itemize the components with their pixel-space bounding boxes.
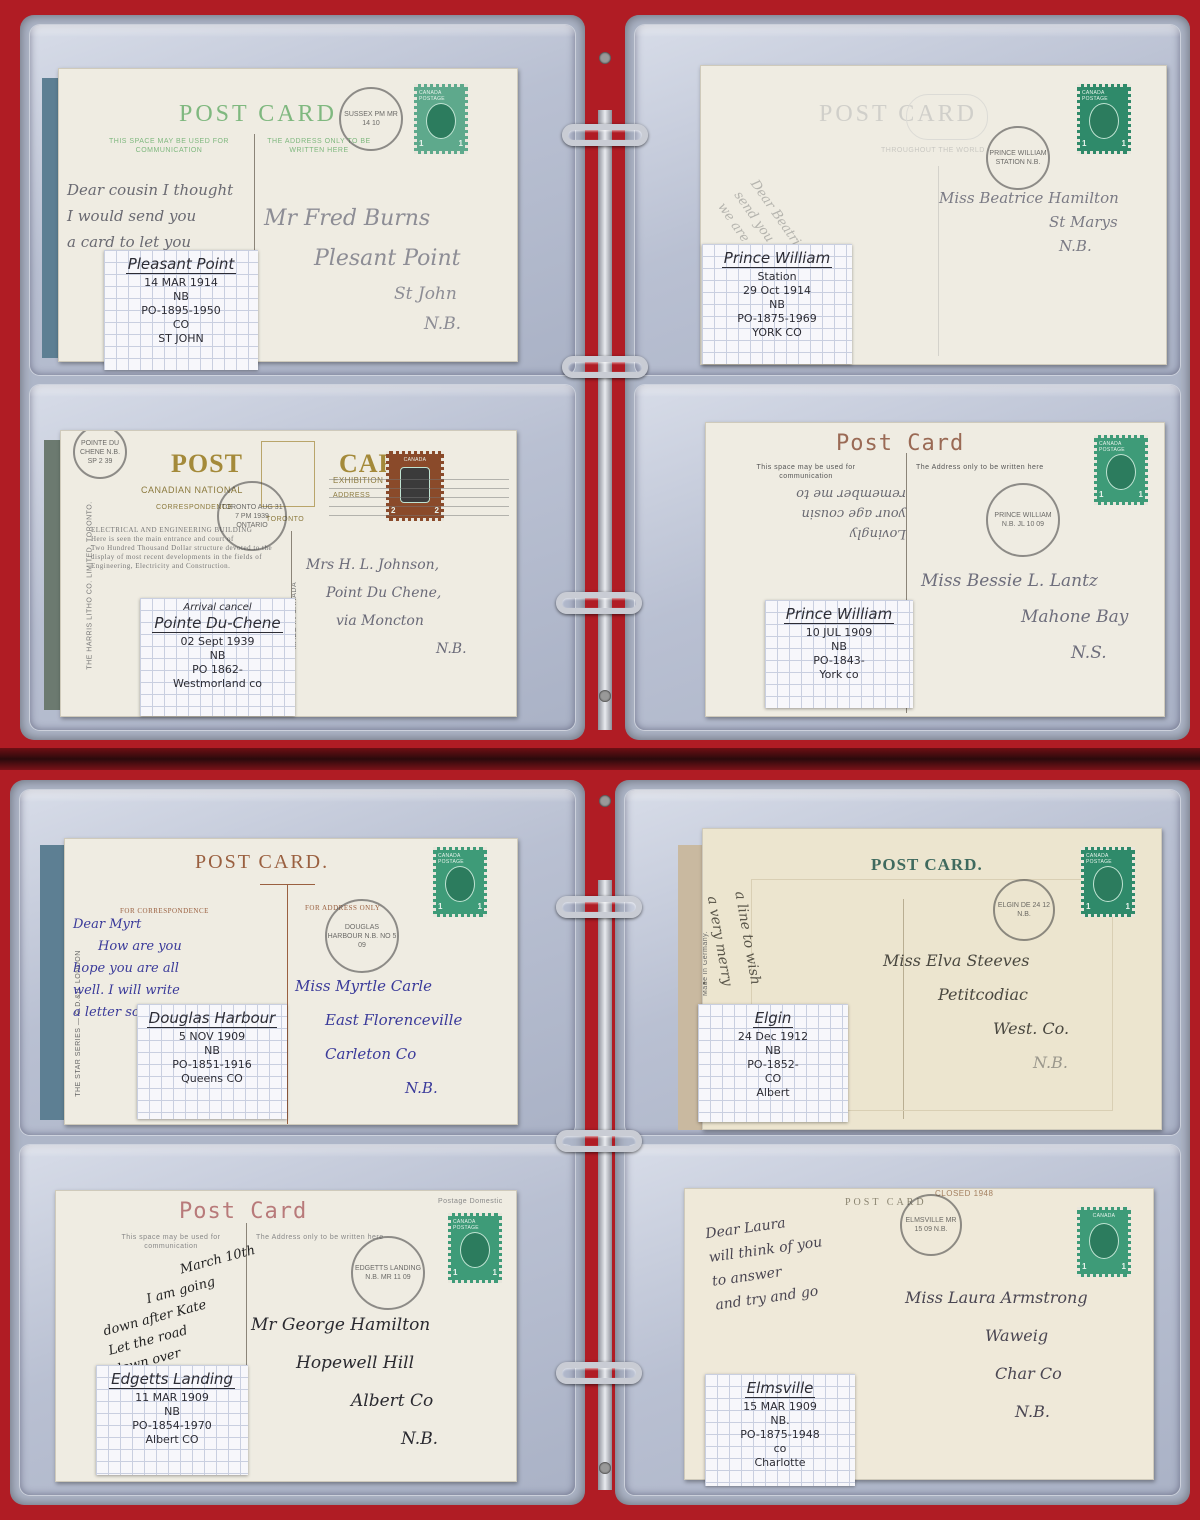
- ring-mechanism: [598, 110, 612, 730]
- label-county: Albert CO: [99, 1433, 245, 1447]
- label-town-name: Pleasant Point: [126, 255, 237, 274]
- stamp: CANADA POSTAGE 11: [1077, 84, 1131, 154]
- stamp-portrait-icon: [426, 103, 456, 139]
- binder-ring[interactable]: [556, 896, 642, 918]
- postcard-douglas-harbour[interactable]: POST CARD. FOR CORRESPONDENCE FOR ADDRES…: [64, 838, 518, 1125]
- label-province: NB: [705, 298, 849, 312]
- card-title: POST CARD.: [871, 855, 983, 875]
- label-po-dates: PO-1852-: [701, 1058, 845, 1072]
- label-county-abbr: CO: [107, 318, 255, 332]
- label-po-dates: PO-1854-1970: [99, 1419, 245, 1433]
- handwritten-label: Pleasant Point 14 MAR 1914 NB PO-1895-19…: [104, 250, 258, 370]
- card-edge-behind: [40, 845, 65, 1120]
- globe-emblem-icon: [906, 94, 988, 140]
- card-left-caption: This space may be used for communication: [106, 1233, 236, 1251]
- postmark: DOUGLAS HARBOUR N.B. NO 5 09: [325, 899, 399, 973]
- card-title: POST: [171, 449, 243, 479]
- label-county: York co: [768, 668, 910, 682]
- stamp-value: 11: [419, 139, 463, 148]
- stamp-portrait-icon: [1093, 866, 1123, 902]
- divider-cap: [260, 884, 315, 885]
- label-date: 10 JUL 1909: [768, 626, 910, 640]
- label-po-dates: PO-1851-1916: [140, 1058, 284, 1072]
- publisher-text: THE HARRIS LITHO CO. LIMITED, TORONTO.: [86, 501, 95, 669]
- label-po-dates: PO 1862-: [143, 663, 292, 677]
- handwritten-label: Prince William 10 JUL 1909 NB PO-1843- Y…: [765, 600, 913, 708]
- stamp-portrait-icon: [1089, 1223, 1119, 1259]
- label-county: ST JOHN: [107, 332, 255, 346]
- card-address: Mrs H. L. Johnson, Point Du Chene, via M…: [306, 551, 467, 663]
- label-po-dates: PO-1875-1948: [708, 1428, 852, 1442]
- postmark-arrival: POINTE DU CHENE N.B. SP 2 39: [73, 430, 127, 479]
- label-county-abbr: co: [708, 1442, 852, 1456]
- binder-rivet: [599, 52, 611, 64]
- label-town-name: Elmsville: [745, 1379, 816, 1398]
- binder-ring[interactable]: [562, 356, 648, 378]
- handwritten-label: Edgetts Landing 11 MAR 1909 NB PO-1854-1…: [96, 1365, 248, 1475]
- card-title: POST CARD: [179, 101, 337, 128]
- label-county: YORK CO: [705, 326, 849, 340]
- card-message: Dear Laurawill think of youto answerand …: [704, 1207, 831, 1318]
- binder-rivet: [599, 795, 611, 807]
- label-date: 5 NOV 1909: [140, 1030, 284, 1044]
- card-address: Miss Myrtle Carle East Florenceville Car…: [295, 969, 462, 1105]
- card-message: Dear cousin I thoughtI would send youa c…: [67, 177, 233, 255]
- label-province: NB: [99, 1405, 245, 1419]
- label-date: 29 Oct 1914: [705, 284, 849, 298]
- binder-ring[interactable]: [556, 1362, 642, 1384]
- card-title: POST CARD.: [195, 851, 329, 874]
- card-right-caption: The Address only to be written here: [916, 463, 1044, 472]
- binder-ring[interactable]: [556, 1130, 642, 1152]
- stamp: CANADA 11: [1077, 1207, 1131, 1277]
- stamp: CANADA POSTAGE 11: [1081, 847, 1135, 917]
- card-left-caption: THIS SPACE MAY BE USED FOR COMMUNICATION: [99, 137, 239, 155]
- label-date: 15 MAR 1909: [708, 1400, 852, 1414]
- label-town-name: Douglas Harbour: [147, 1009, 278, 1028]
- label-province: NB: [768, 640, 910, 654]
- label-county: Queens CO: [140, 1072, 284, 1086]
- label-date: 02 Sept 1939: [143, 635, 292, 649]
- postmark: SUSSEX PM MR 14 10: [339, 87, 403, 151]
- card-left-caption: This space may be used for communication: [736, 463, 876, 481]
- label-county: Charlotte: [708, 1456, 852, 1470]
- label-province: NB.: [708, 1414, 852, 1428]
- stamp-portrait-icon: [460, 1232, 490, 1268]
- label-county: Westmorland co: [143, 677, 292, 691]
- stamp-portrait-icon: [445, 866, 475, 902]
- stamp-portrait-icon: [1089, 103, 1119, 139]
- card-divider: [287, 884, 288, 1124]
- card-message: Lovinglyyour age cousinremember me to: [796, 483, 906, 543]
- card-address: Miss Beatrice Hamilton St Marys N.B.: [939, 186, 1119, 258]
- stamp: CANADA POSTAGE 11: [414, 84, 468, 154]
- label-province: NB: [701, 1044, 845, 1058]
- handwritten-label: Douglas Harbour 5 NOV 1909 NB PO-1851-19…: [137, 1004, 287, 1119]
- machine-cancel-lines: [329, 479, 509, 519]
- postmark: EDGETTS LANDING N.B. MR 11 09: [351, 1236, 425, 1310]
- card-address: Miss Elva Steeves Petitcodiac West. Co. …: [883, 944, 1069, 1080]
- label-town-name: Prince William: [784, 605, 894, 624]
- label-town-suffix: Station: [705, 270, 849, 284]
- binder-ring[interactable]: [562, 124, 648, 146]
- binder-spine: [0, 748, 1200, 770]
- label-date: 24 Dec 1912: [701, 1030, 845, 1044]
- stamp: CANADA POSTAGE 11: [448, 1213, 502, 1283]
- label-town-name: Edgetts Landing: [109, 1370, 235, 1389]
- postmark: ELGIN DE 24 12 N.B.: [993, 879, 1055, 941]
- postmark: PRINCE WILLIAM N.B. JL 10 09: [986, 483, 1060, 557]
- label-province: NB: [107, 290, 255, 304]
- label-town-name: Prince William: [722, 249, 832, 268]
- label-county: Albert: [701, 1086, 845, 1100]
- binder-rivet: [599, 690, 611, 702]
- label-province: NB: [140, 1044, 284, 1058]
- stamp: CANADA POSTAGE 11: [1094, 435, 1148, 505]
- card-address: Mr Fred Burns Plesant Point St John N.B.: [264, 199, 461, 339]
- postmark: ELMSVILLE MR 15 09 N.B.: [900, 1194, 962, 1256]
- stamp-country: CANADA POSTAGE: [419, 90, 463, 102]
- label-town-name: Pointe Du-Chene: [152, 614, 282, 633]
- card-address: Mr George Hamilton Hopewell Hill Albert …: [251, 1306, 438, 1458]
- handwritten-label: Arrival cancel Pointe Du-Chene 02 Sept 1…: [140, 598, 295, 716]
- label-county-abbr: CO: [701, 1072, 845, 1086]
- label-po-dates: PO-1875-1969: [705, 312, 849, 326]
- ring-mechanism: [598, 880, 612, 1490]
- label-town-name: Elgin: [753, 1009, 794, 1028]
- stamp-box-text: Postage Domestic: [438, 1197, 503, 1206]
- card-title: Post Card: [836, 431, 964, 456]
- label-province: NB: [143, 649, 292, 663]
- handwritten-label: Elgin 24 Dec 1912 NB PO-1852- CO Albert: [698, 1004, 848, 1122]
- card-address: Miss Laura Armstrong Waweig Char Co N.B.: [905, 1279, 1088, 1431]
- postmark: PRINCE WILLIAM STATION N.B.: [986, 126, 1050, 190]
- handwritten-label: Prince William Station 29 Oct 1914 NB PO…: [702, 244, 852, 364]
- card-caption: THROUGHOUT THE WORLD: [881, 146, 985, 155]
- postmark: TORONTO AUG 31 7 PM 1939 ONTARIO: [217, 481, 287, 551]
- label-note: Arrival cancel: [143, 602, 292, 613]
- card-right-caption: The Address only to be written here: [256, 1233, 384, 1242]
- stamp-portrait-icon: [1106, 454, 1136, 490]
- label-date: 11 MAR 1909: [99, 1391, 245, 1405]
- label-po-dates: PO-1843-: [768, 654, 910, 668]
- card-address: Miss Bessie L. Lantz Mahone Bay N.S.: [921, 563, 1128, 671]
- binder-rivet: [599, 1462, 611, 1474]
- card-title: Post Card: [179, 1199, 307, 1224]
- stamp: CANADA POSTAGE 11: [433, 847, 487, 917]
- binder-ring[interactable]: [556, 592, 642, 614]
- label-po-dates: PO-1895-1950: [107, 304, 255, 318]
- handwritten-label: Elmsville 15 MAR 1909 NB. PO-1875-1948 c…: [705, 1374, 855, 1486]
- label-date: 14 MAR 1914: [107, 276, 255, 290]
